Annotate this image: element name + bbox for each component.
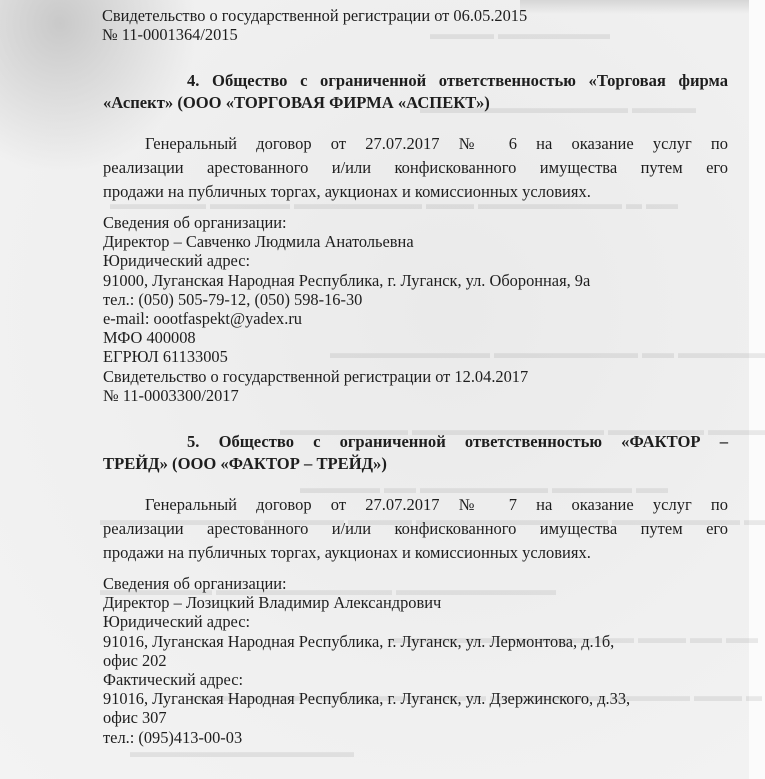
section-4-contract-line-2: реализации арестованного и/или конфисков…	[103, 156, 728, 180]
section-4-heading-line-2: «Аспект» (ООО «ТОРГОВАЯ ФИРМА «АСПЕКТ»)	[103, 92, 728, 114]
legal-address: 91016, Луганская Народная Республика, г.…	[103, 632, 728, 651]
registration-number: № 11-0003300/2017	[103, 386, 728, 405]
legal-address: 91000, Луганская Народная Республика, г.…	[103, 271, 728, 290]
section-4: 4. Общество с ограниченной ответственнос…	[103, 70, 728, 405]
info-heading: Сведения об организации:	[103, 574, 728, 593]
section-5-heading-line-2: ТРЕЙД» (ООО «ФАКТОР – ТРЕЙД»)	[103, 453, 728, 475]
section-5-contract-line-3: продажи на публичных торгах, аукционах и…	[103, 541, 728, 565]
phone: тел.: (095)413-00-03	[103, 728, 728, 747]
email: e-mail: oootfaspekt@yadex.ru	[103, 309, 728, 328]
info-heading: Сведения об организации:	[103, 213, 728, 232]
section-5: 5. Общество с ограниченной ответственнос…	[103, 431, 728, 747]
section-5-contract-paragraph: Генеральный договор от 27.07.2017 № 7 на…	[103, 493, 728, 565]
section-4-organization-info: Сведения об организации: Директор – Савч…	[103, 213, 728, 405]
scan-margin-strip	[749, 0, 765, 779]
previous-registration-block: Свидетельство о государственной регистра…	[102, 6, 728, 44]
registration-certificate-line: Свидетельство о государственной регистра…	[102, 6, 728, 25]
director: Директор – Савченко Людмила Анатольевна	[103, 232, 728, 251]
section-4-contract-paragraph: Генеральный договор от 27.07.2017 № 6 на…	[103, 132, 728, 204]
director: Директор – Лозицкий Владимир Александров…	[103, 593, 728, 612]
actual-address-label: Фактический адрес:	[103, 670, 728, 689]
document-body: Свидетельство о государственной регистра…	[103, 6, 728, 747]
mfo-code: МФО 400008	[103, 328, 728, 347]
section-5-contract-line-1: Генеральный договор от 27.07.2017 № 7 на…	[103, 493, 728, 517]
legal-address-office: офис 202	[103, 651, 728, 670]
egryul-code: ЕГРЮЛ 61133005	[103, 347, 728, 366]
section-5-organization-info: Сведения об организации: Директор – Лози…	[103, 574, 728, 747]
section-4-contract-line-3: продажи на публичных торгах, аукционах и…	[103, 180, 728, 204]
legal-address-label: Юридический адрес:	[103, 612, 728, 631]
actual-address-office: офис 307	[103, 708, 728, 727]
section-5-contract-line-2: реализации арестованного и/или конфисков…	[103, 517, 728, 541]
section-5-heading: 5. Общество с ограниченной ответственнос…	[103, 431, 728, 475]
phone: тел.: (050) 505-79-12, (050) 598-16-30	[103, 290, 728, 309]
registration-number: № 11-0001364/2015	[102, 25, 728, 44]
registration-certificate-line: Свидетельство о государственной регистра…	[103, 367, 728, 386]
section-5-heading-line-1: 5. Общество с ограниченной ответственнос…	[103, 431, 728, 453]
actual-address: 91016, Луганская Народная Республика, г.…	[103, 689, 728, 708]
section-4-heading-line-1: 4. Общество с ограниченной ответственнос…	[103, 70, 728, 92]
section-4-contract-line-1: Генеральный договор от 27.07.2017 № 6 на…	[103, 132, 728, 156]
section-4-heading: 4. Общество с ограниченной ответственнос…	[103, 70, 728, 114]
legal-address-label: Юридический адрес:	[103, 251, 728, 270]
